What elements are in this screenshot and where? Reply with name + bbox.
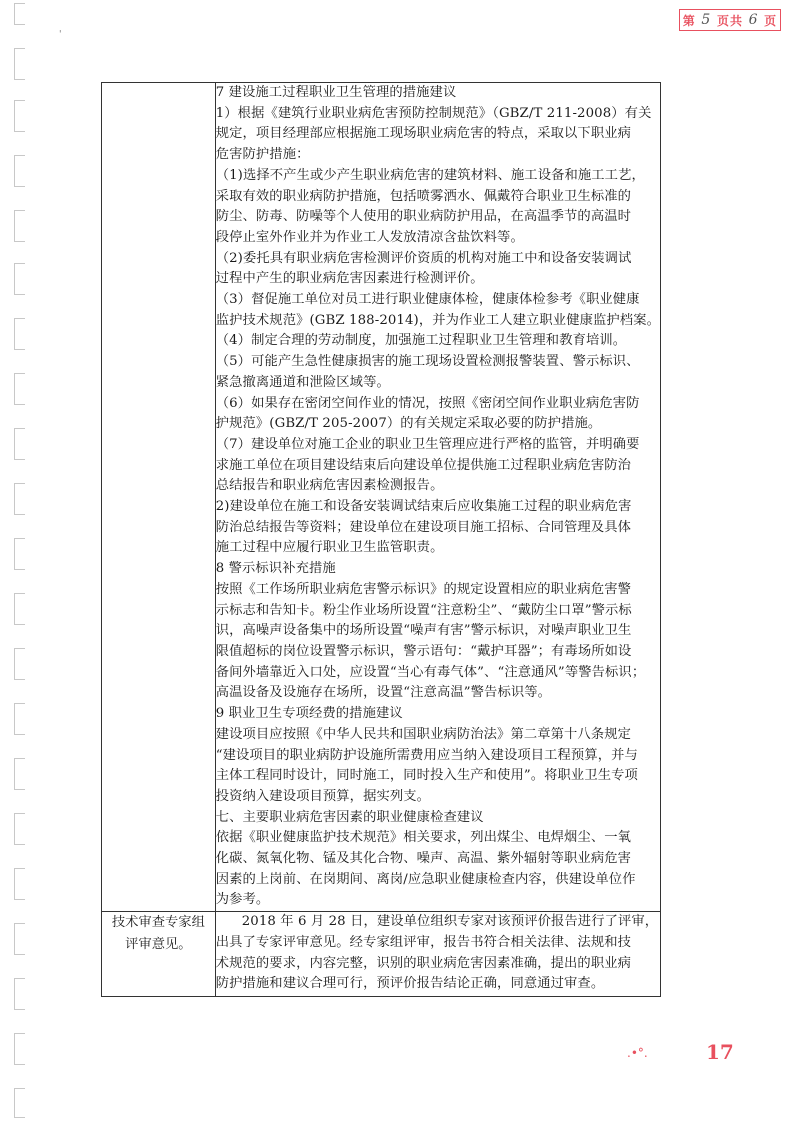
binding-mark	[14, 483, 25, 515]
text-line: 识，高噪声设备集中的场所设置“噪声有害”警示标识，对噪声职业卫生	[216, 621, 660, 642]
text-line: 采取有效的职业病防护措施，包括喷雾洒水、佩戴符合职业卫生标准的	[216, 187, 660, 208]
stamp-dots: .•°.	[627, 1046, 648, 1060]
label-line: 技术审查专家组	[102, 912, 215, 934]
text-line: 护规范》(GBZ/T 205-2007）的有关规定采取必要的防护措施。	[216, 414, 660, 435]
text-line: 紧急撤离通道和泄险区域等。	[216, 373, 660, 394]
text-line: 1）根据《建筑行业职业病危害预防控制规范》（GBZ/T 211-2008）有关	[216, 104, 660, 125]
text-line: 出具了专家评审意见。经专家组评审，报告书符合相关法律、法规和技	[216, 933, 660, 954]
text-line: 术规范的要求，内容完整，识别的职业病危害因素准确，提出的职业病	[216, 954, 660, 975]
binding-mark	[14, 210, 25, 242]
binding-mark	[14, 593, 25, 625]
text-line: （6）如果存在密闭空间作业的情况，按照《密闭空间作业职业病危害防	[216, 394, 660, 415]
stamp-suffix: 页	[764, 12, 777, 29]
text-line: 防护措施和建议合理可行，预评价报告结论正确，同意通过审查。	[216, 974, 660, 995]
binding-mark	[14, 373, 25, 405]
text-line: （3）督促施工单位对员工进行职业健康体检，健康体检参考《职业健康	[216, 290, 660, 311]
text-line: 危害防护措施：	[216, 145, 660, 166]
stamp-prefix: 第	[683, 12, 696, 29]
text-line: （7）建设单位对施工企业的职业卫生管理应进行严格的监管，并明确要	[216, 435, 660, 456]
binding-mark	[14, 155, 25, 187]
binding-mark	[14, 648, 25, 680]
stamp-middle: 页共	[717, 12, 743, 29]
text-line: 施工过程中应履行职业卫生监管职责。	[216, 538, 660, 559]
text-line: 因素的上岗前、在岗期间、离岗/应急职业健康检查内容，供建设单位作	[216, 870, 660, 891]
binding-mark	[14, 48, 25, 80]
text-line: （4）制定合理的劳动制度，加强施工过程职业卫生管理和教育培训。	[216, 331, 660, 352]
text-line: 防尘、防毒、防噪等个人使用的职业病防护用品，在高温季节的高温时	[216, 207, 660, 228]
text-line: （2)委托具有职业病危害检测评价资质的机构对施工中和设备安装调试	[216, 249, 660, 270]
text-line: 防治总结报告等资料；建设单位在建设项目施工招标、合同管理及具体	[216, 518, 660, 539]
binding-mark	[14, 3, 25, 25]
expert-review-content: 2018 年 6 月 28 日，建设单位组织专家对该预评价报告进行了评审， 出具…	[215, 912, 660, 997]
text-line: 限值超标的岗位设置警示标识，警示语句：“戴护耳器”；有毒场所如设	[216, 642, 660, 663]
text-line: 2018 年 6 月 28 日，建设单位组织专家对该预评价报告进行了评审，	[216, 912, 660, 933]
measures-content: 7 建设施工过程职业卫生管理的措施建议 1）根据《建筑行业职业病危害预防控制规范…	[215, 83, 660, 912]
text-line: 求施工单位在项目建设结束后向建设单位提供施工过程职业病危害防治	[216, 456, 660, 477]
text-line: 依据《职业健康监护技术规范》相关要求，列出煤尘、电焊烟尘、一氧	[216, 828, 660, 849]
text-line: 投资纳入建设项目预算，据实列支。	[216, 787, 660, 808]
text-line: 按照《工作场所职业病危害警示标识》的规定设置相应的职业病危害警	[216, 580, 660, 601]
text-line: 监护技术规范》(GBZ 188-2014)，并为作业工人建立职业健康监护档案。	[216, 311, 660, 332]
binding-mark	[14, 813, 25, 845]
text-line: 主体工程同时设计，同时施工，同时投入生产和使用”。将职业卫生专项	[216, 766, 660, 787]
text-line: 段停止室外作业并为作业工人发放清凉含盐饮料等。	[216, 228, 660, 249]
text-line: 总结报告和职业病危害因素检测报告。	[216, 476, 660, 497]
pen-mark: '	[59, 30, 61, 40]
page-stamp: 第 5 页共 6 页	[679, 9, 781, 31]
binding-mark	[14, 868, 25, 900]
text-line: 建设项目应按照《中华人民共和国职业病防治法》第二章第十八条规定	[216, 725, 660, 746]
text-line: 过程中产生的职业病危害因素进行检测评价。	[216, 269, 660, 290]
expert-review-label: 技术审查专家组 评审意见。	[102, 912, 216, 997]
heading-8: 8 警示标识补充措施	[216, 559, 660, 580]
stamp-total-pages: 6	[749, 12, 759, 28]
text-line: 示标志和告知卡。粉尘作业场所设置“注意粉尘”、“戴防尘口罩”警示标	[216, 601, 660, 622]
text-line: （1)选择不产生或少产生职业病危害的建筑材料、施工设备和施工工艺，	[216, 166, 660, 187]
page-number: 17	[706, 1040, 734, 1064]
binding-mark	[14, 1033, 25, 1065]
row-label-empty	[102, 83, 216, 912]
stamp-current-page: 5	[701, 12, 711, 28]
text-line: “建设项目的职业病防护设施所需费用应当纳入建设项目工程预算，并与	[216, 746, 660, 767]
binding-mark	[14, 1088, 25, 1118]
binding-mark	[14, 703, 25, 735]
binding-mark	[14, 978, 25, 1010]
text-line: 规定，项目经理部应根据施工现场职业病危害的特点，采取以下职业病	[216, 124, 660, 145]
heading-section-7: 七、主要职业病危害因素的职业健康检查建议	[216, 808, 660, 829]
binding-mark	[14, 758, 25, 790]
binding-mark	[14, 318, 25, 350]
binding-mark	[14, 428, 25, 460]
text-line: 2)建设单位在施工和设备安装调试结束后应收集施工过程的职业病危害	[216, 497, 660, 518]
text-line: 为参考。	[216, 890, 660, 911]
table-row-measures: 7 建设施工过程职业卫生管理的措施建议 1）根据《建筑行业职业病危害预防控制规范…	[102, 83, 661, 912]
text-line: 高温设备及设施存在场所，设置“注意高温”警告标识等。	[216, 683, 660, 704]
binding-mark	[14, 263, 25, 295]
binding-mark	[14, 923, 25, 955]
heading-7: 7 建设施工过程职业卫生管理的措施建议	[216, 83, 660, 104]
heading-9: 9 职业卫生专项经费的措施建议	[216, 704, 660, 725]
text-line: （5）可能产生急性健康损害的施工现场设置检测报警装置、警示标识、	[216, 352, 660, 373]
text-line: 化碳、氮氧化物、锰及其化合物、噪声、高温、紫外辐射等职业病危害	[216, 849, 660, 870]
label-line: 评审意见。	[102, 934, 215, 956]
table-row-expert-review: 技术审查专家组 评审意见。 2018 年 6 月 28 日，建设单位组织专家对该…	[102, 912, 661, 997]
document-table: 7 建设施工过程职业卫生管理的措施建议 1）根据《建筑行业职业病危害预防控制规范…	[101, 82, 661, 997]
binding-mark	[14, 100, 25, 132]
binding-mark	[14, 538, 25, 570]
text-line: 备间外墙靠近入口处，应设置“当心有毒气体”、“注意通风”等警告标识；	[216, 663, 660, 684]
